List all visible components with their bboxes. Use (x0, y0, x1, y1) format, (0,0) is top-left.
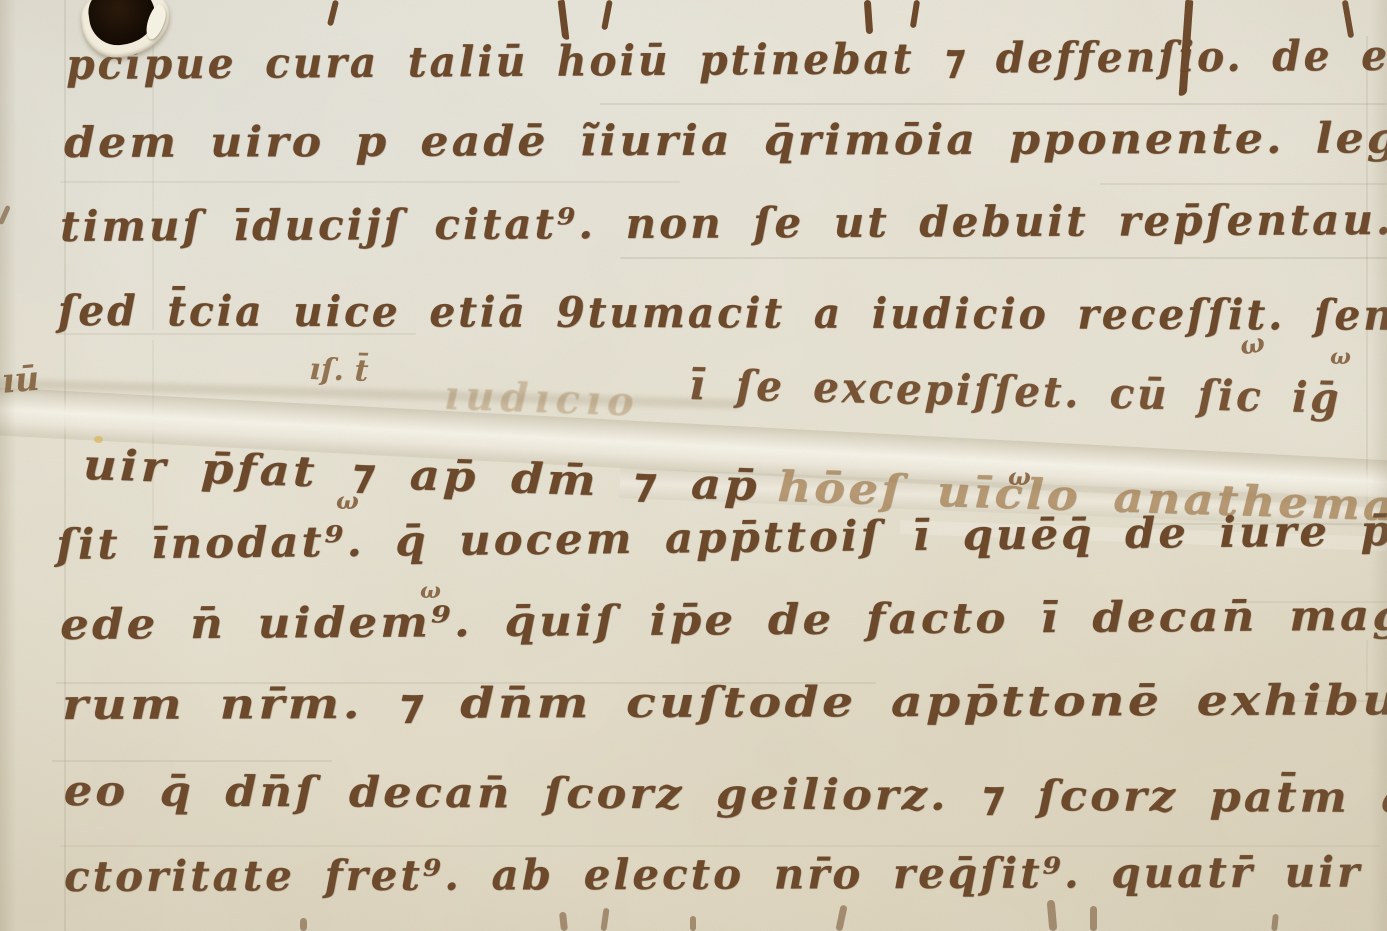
manuscript-line-1: pcipue cura taliū hoiū ptinebat ⁊ deffen… (66, 30, 1387, 89)
margin-ruling-right (1366, 36, 1368, 540)
cut-off-bottom-strokes (300, 918, 307, 931)
cut-off-line-strokes (327, 0, 339, 26)
manuscript-line-2: dem uiro p eadē ĩiuria q̄rimōia pponente… (64, 113, 1387, 167)
cut-off-bottom-strokes (690, 916, 696, 931)
abbreviation-mark: ω (1008, 462, 1031, 491)
fold-residue-marks: ıſ. t̄ (309, 352, 369, 389)
manuscript-line-4: ſed t̄cia uice etiā 9tumacit a iudicio r… (58, 286, 1387, 340)
manuscript-page: pcipue cura taliū hoiū ptinebat ⁊ deffen… (0, 0, 1387, 931)
cut-off-line-strokes (558, 0, 570, 40)
abbreviation-mark: ω (420, 578, 441, 604)
manuscript-line-11: ctoritate fret⁹. ab electo nr̄o req̄ſit⁹… (64, 847, 1362, 901)
cut-off-bottom-strokes (1271, 914, 1279, 931)
cut-off-line-strokes (601, 0, 613, 30)
cut-off-line-strokes (910, 0, 920, 28)
ruling-line (1100, 183, 1387, 185)
abbreviation-mark: ω (1330, 344, 1351, 370)
cut-off-bottom-strokes (559, 912, 568, 931)
manuscript-line-7: ſit īnodat⁹. q̄ uocem app̄ttoiſ ī quēq̄ … (56, 506, 1387, 569)
abbreviation-mark: ω (1238, 328, 1268, 362)
ruling-line (52, 760, 332, 762)
manuscript-line-10: eo q̄ dn̄ſ decan̄ ſcorz geiliorz. ⁊ ſcor… (64, 766, 1387, 822)
manuscript-line-9: rum nr̄m. ⁊ dn̄m cuſtode app̄ttonē exhib… (62, 675, 1387, 729)
abbreviation-mark: ω (336, 486, 359, 515)
cut-off-line-strokes (864, 0, 873, 34)
manuscript-line-3: timuſ īducijſ citat⁹. non ſe ut debuit r… (60, 195, 1387, 251)
cut-off-bottom-strokes (1090, 906, 1097, 931)
cut-off-bottom-strokes (1047, 900, 1058, 931)
margin-ruling-inner (152, 340, 154, 530)
margin-text-fragment: ıū (0, 359, 41, 402)
manuscript-line-5: ī ſe excepiſſet. cū ſic iḡ (689, 360, 1342, 423)
faded-text-fragment: ıudıcıo (443, 372, 640, 426)
ruling-line (600, 103, 1387, 105)
cut-off-bottom-strokes (600, 908, 609, 931)
manuscript-line-6-start: uir p̄fat ⁊ ap̄ dm̄ ⁊ ap̄ (82, 440, 760, 510)
manuscript-line-8: ede n̄ uidem⁹. q̄uiſ ip̄e de facto ī dec… (60, 590, 1387, 649)
ruling-line (60, 845, 1380, 847)
margin-stroke (0, 205, 11, 225)
ruling-line (620, 257, 1387, 259)
cut-off-bottom-strokes (835, 905, 847, 931)
